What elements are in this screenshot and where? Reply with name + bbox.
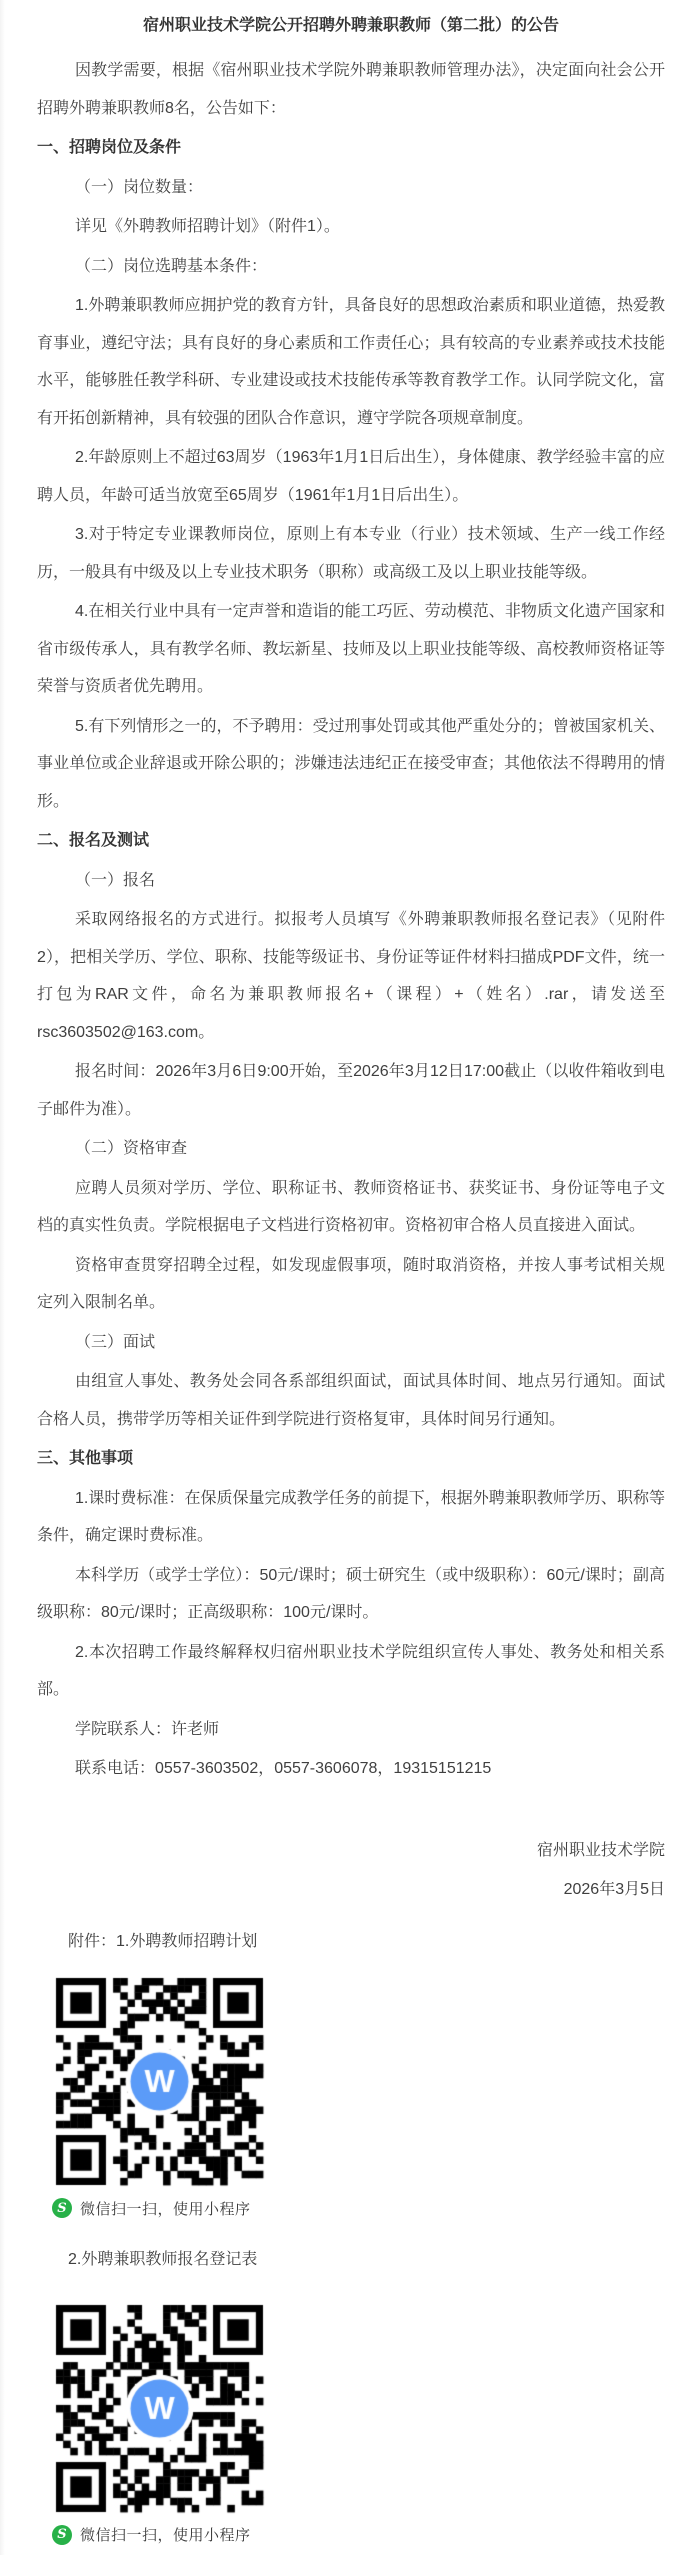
qualification-paragraph-2: 资格审查贯穿招聘全过程，如发现虚假事项，随时取消资格，并按人事考试相关规定列入限…: [37, 1247, 665, 1322]
qualification-paragraph-1: 应聘人员须对学历、学位、职称证书、教师资格证书、获奖证书、身份证等电子文档的真实…: [37, 1170, 665, 1245]
attachment-1-qr-block: [52, 1974, 267, 2189]
condition-item-2: 2.年龄原则上不超过63周岁（1963年1月1日后出生），身体健康、教学经验丰富…: [37, 439, 665, 514]
qr-code-image-1: [52, 1974, 267, 2189]
section-heading-1: 一、招聘岗位及条件: [37, 129, 665, 167]
attachment-2-qr-block: [52, 2301, 267, 2516]
page-title: 宿州职业技术学院公开招聘外聘兼职教师（第二批）的公告: [37, 10, 665, 42]
section-heading-2: 二、报名及测试: [37, 822, 665, 860]
signature-block: 宿州职业技术学院 2026年3月5日: [37, 1832, 665, 1909]
signature-date: 2026年3月5日: [37, 1871, 665, 1909]
condition-item-5: 5.有下列情形之一的，不予聘用：受过刑事处罚或其他严重处分的；曾被国家机关、事业…: [37, 708, 665, 821]
subheading-basic-conditions: （二）岗位选聘基本条件：: [37, 248, 665, 286]
fee-rates-paragraph: 本科学历（或学士学位）：50元/课时；硕士研究生（或中级职称）：60元/课时；副…: [37, 1557, 665, 1632]
intro-paragraph: 因教学需要，根据《宿州职业技术学院外聘兼职教师管理办法》，决定面向社会公开招聘外…: [37, 52, 665, 127]
wechat-miniprogram-icon: S: [52, 2525, 72, 2545]
section-heading-3: 三、其他事项: [37, 1440, 665, 1478]
registration-method-paragraph: 采取网络报名的方式进行。拟报考人员填写《外聘兼职教师报名登记表》（见附件2），把…: [37, 901, 665, 1051]
qr-caption-text: 微信扫一扫，使用小程序: [80, 2198, 251, 2219]
paragraph: 详见《外聘教师招聘计划》（附件1）。: [37, 208, 665, 246]
condition-item-4: 4.在相关行业中具有一定声誉和造诣的能工巧匠、劳动模范、非物质文化遗产国家和省市…: [37, 593, 665, 706]
contact-phone: 联系电话：0557-3603502，0557-3606078，193151512…: [37, 1750, 665, 1788]
attachment-2-label: 2.外聘兼职教师报名登记表: [37, 2241, 665, 2279]
qr-code-image-2: [52, 2301, 267, 2516]
registration-time-paragraph: 报名时间：2026年3月6日9:00开始，至2026年3月12日17:00截止（…: [37, 1053, 665, 1128]
attachments-section: 附件：1.外聘教师招聘计划 S 微信扫一扫，使用小程序 2.外聘兼职教师报名登记…: [37, 1923, 665, 2546]
signature-org: 宿州职业技术学院: [37, 1832, 665, 1870]
fee-standard-paragraph: 1.课时费标准：在保质保量完成教学任务的前提下，根据外聘兼职教师学历、职称等条件…: [37, 1480, 665, 1555]
interpretation-paragraph: 2.本次招聘工作最终解释权归宿州职业技术学院组织宣传人事处、教务处和相关系部。: [37, 1634, 665, 1709]
condition-item-3: 3.对于特定专业课教师岗位，原则上有本专业（行业）技术领域、生产一线工作经历，一…: [37, 516, 665, 591]
wechat-miniprogram-icon: S: [52, 2198, 72, 2218]
contact-person: 学院联系人：许老师: [37, 1711, 665, 1749]
subheading-post-count: （一）岗位数量：: [37, 169, 665, 207]
condition-item-1: 1.外聘兼职教师应拥护党的教育方针，具备良好的思想政治素质和职业道德，热爱教育事…: [37, 287, 665, 437]
qr-caption-text: 微信扫一扫，使用小程序: [80, 2524, 251, 2545]
attachment-2-qr-caption: S 微信扫一扫，使用小程序: [52, 2524, 665, 2546]
interview-paragraph: 由组宣人事处、教务处会同各系部组织面试，面试具体时间、地点另行通知。面试合格人员…: [37, 1363, 665, 1438]
subheading-qualification-review: （二）资格审查: [37, 1130, 665, 1168]
attachment-1-label: 附件：1.外聘教师招聘计划: [37, 1923, 665, 1961]
attachment-1-qr-caption: S 微信扫一扫，使用小程序: [52, 2197, 665, 2219]
subheading-interview: （三）面试: [37, 1324, 665, 1362]
announcement-page: 宿州职业技术学院公开招聘外聘兼职教师（第二批）的公告 因教学需要，根据《宿州职业…: [0, 0, 693, 2555]
subheading-registration: （一）报名: [37, 862, 665, 900]
